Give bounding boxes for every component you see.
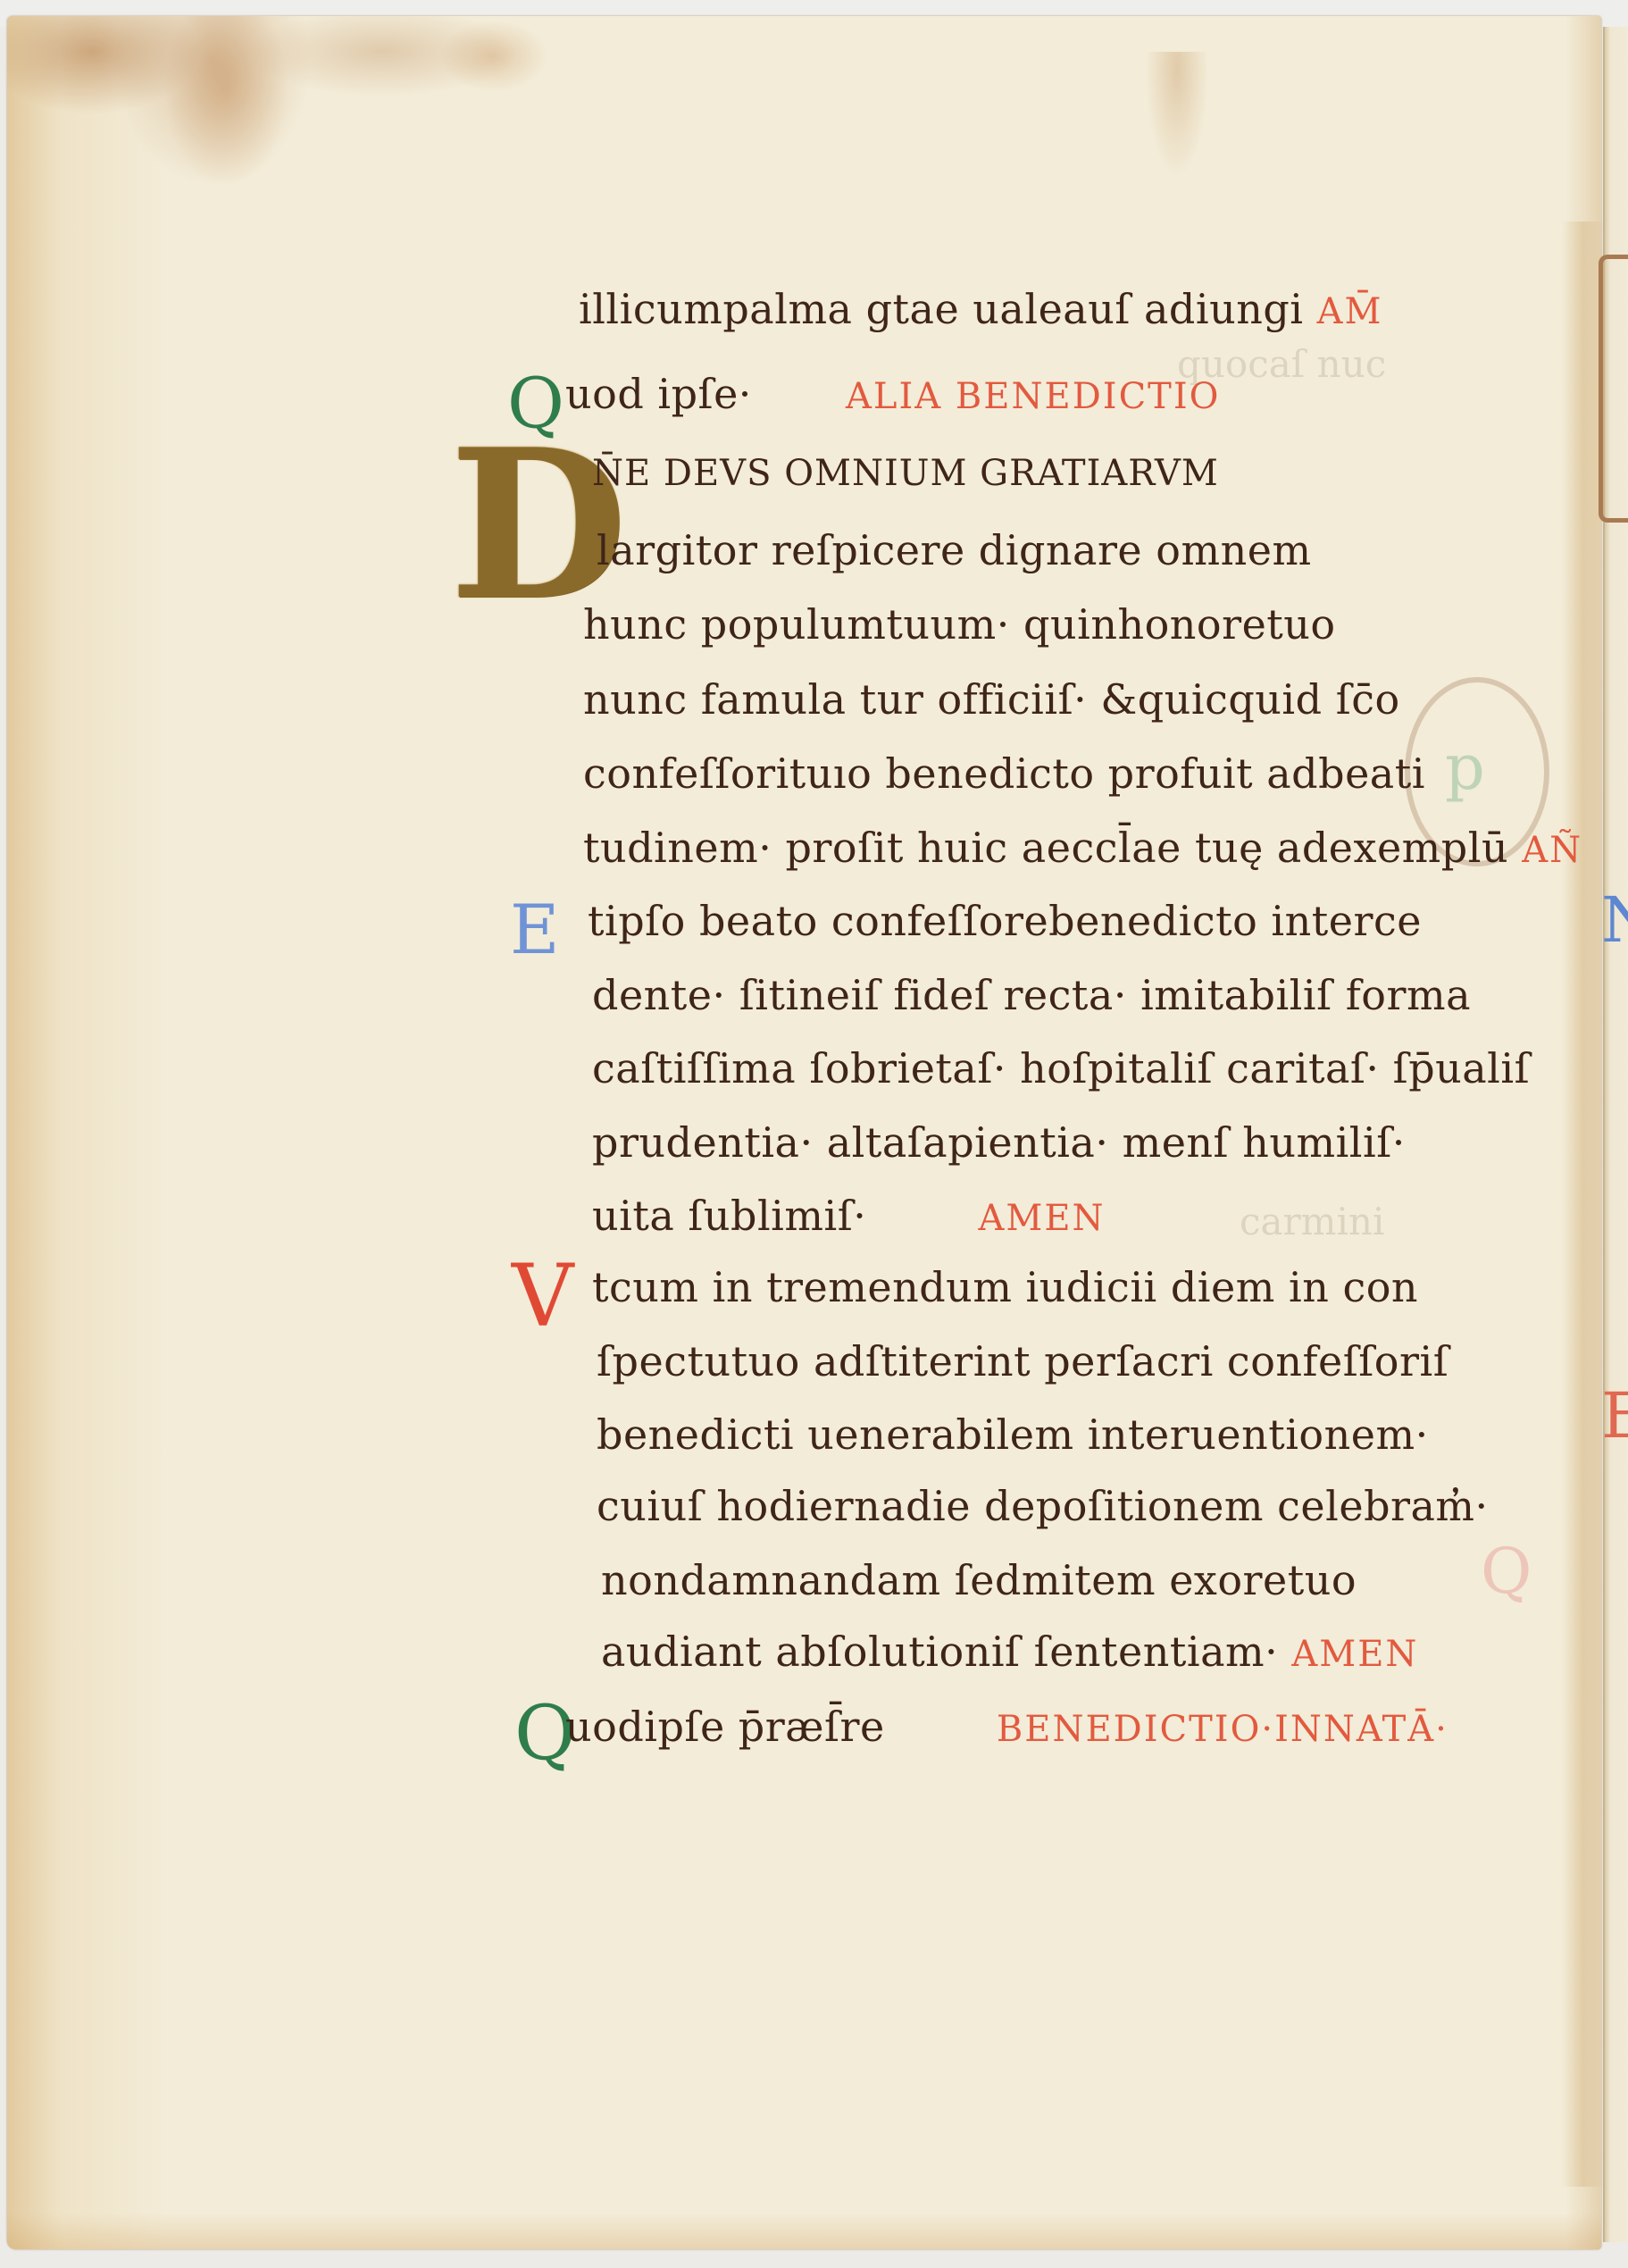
line-text: largitor reſpicere dignare omnem xyxy=(597,526,1312,574)
text-line: prudentia· altaſapientia· menſ humiliſ· xyxy=(592,1122,1406,1163)
line-text: tipſo beato confeſſorebenedicto interce xyxy=(588,897,1422,945)
text-line: confeſſorituıo benedicto profuit adbeati xyxy=(583,753,1425,794)
text-line: caſtiſſima ſobrietaſ· hoſpitaliſ caritaſ… xyxy=(592,1048,1530,1089)
line-text: uodipſe p̄ræſ̄re xyxy=(565,1703,885,1751)
line-text: tcum in tremendum iudicii diem in con xyxy=(592,1263,1418,1311)
text-line: audiant abſolutioniſ ſententiam· AMEN xyxy=(601,1631,1418,1672)
text-line: illicumpalma gtae ualeauſ adiungi AM̄ xyxy=(579,289,1382,330)
initial-e-blue: E xyxy=(510,896,559,964)
line-text: cuiuſ hodiernadie depoſitionem celebram̓… xyxy=(597,1482,1489,1530)
text-line: hunc populumtuum· quinhonoretuo xyxy=(583,604,1336,645)
facing-page-initial-n: N xyxy=(1601,889,1628,951)
rubric-amen: AMEN xyxy=(1291,1634,1418,1675)
line-text: caſtiſſima ſobrietaſ· hoſpitaliſ caritaſ… xyxy=(592,1044,1530,1092)
facing-page-gold-initial xyxy=(1599,255,1628,523)
show-through-red-letter: Q xyxy=(1481,1535,1532,1608)
text-line: largitor reſpicere dignare omnem xyxy=(597,530,1312,571)
rubric-heading: BENEDICTIO·INNATĀ· xyxy=(997,1709,1449,1750)
text-line: uodipſe p̄ræſ̄re BENEDICTIO·INNATĀ· xyxy=(565,1706,1449,1747)
text-line: cuiuſ hodiernadie depoſitionem celebram̓… xyxy=(597,1485,1489,1527)
rubric: AÑ xyxy=(1522,830,1582,871)
line-text: nunc famula tur officiiſ· &quicquid ſc̄o xyxy=(583,675,1400,724)
text-line: tipſo beato confeſſorebenedicto interce xyxy=(588,900,1422,942)
line-text: confeſſorituıo benedicto profuit adbeati xyxy=(583,749,1425,798)
line-text: dente· ſitineiſ fideſ recta· imitabiliſ … xyxy=(592,971,1471,1019)
facing-page-initial-e: E xyxy=(1601,1385,1628,1447)
line-text: uod ipſe· xyxy=(565,370,752,418)
rubric-amen: AMEN xyxy=(979,1198,1106,1239)
line-text: illicumpalma gtae ualeauſ adiungi xyxy=(579,285,1303,333)
show-through-text: carmini xyxy=(1240,1200,1384,1243)
text-line: uita ſublimiſ· AMEN xyxy=(592,1195,1106,1236)
initial-v-red: V xyxy=(512,1253,573,1339)
text-line: dente· ſitineiſ fideſ recta· imitabiliſ … xyxy=(592,975,1471,1016)
text-line: benedicti uenerabilem interuentionem· xyxy=(597,1414,1429,1455)
text-line: N̄E DEVS OMNIUM GRATIARVM xyxy=(592,456,1219,491)
rubric-heading: ALIA BENEDICTIO xyxy=(846,376,1220,417)
text-line: nondamnandam ſedmitem exoretuo xyxy=(601,1560,1357,1601)
text-line: tcum in tremendum iudicii diem in con xyxy=(592,1267,1418,1308)
line-text: ſpectutuo adſtiterint perſacri confeſſor… xyxy=(597,1337,1449,1385)
line-text: audiant abſolutioniſ ſententiam· xyxy=(601,1628,1278,1676)
text-line: nunc famula tur officiiſ· &quicquid ſc̄o xyxy=(583,679,1400,720)
line-text: uita ſublimiſ· xyxy=(592,1192,866,1240)
line-text: hunc populumtuum· quinhonoretuo xyxy=(583,600,1336,649)
text-line: uod ipſe· ALIA BENEDICTIO xyxy=(565,373,1220,414)
line-text: nondamnandam ſedmitem exoretuo xyxy=(601,1556,1357,1604)
line-text: tudinem· proſit huic aeccl̄ae tuę adexem… xyxy=(583,824,1508,872)
line-text: N̄E DEVS OMNIUM GRATIARVM xyxy=(592,453,1219,494)
line-text: benedicti uenerabilem interuentionem· xyxy=(597,1410,1429,1459)
text-line: tudinem· proſit huic aeccl̄ae tuę adexem… xyxy=(583,827,1582,868)
text-line: ſpectutuo adſtiterint perſacri confeſſor… xyxy=(597,1341,1449,1382)
show-through-green-letter: p xyxy=(1445,731,1485,804)
rubric: AM̄ xyxy=(1317,291,1383,332)
line-text: prudentia· altaſapientia· menſ humiliſ· xyxy=(592,1118,1406,1167)
manuscript-leaf: quocaſ nuc p carmini Q Q D E V Q illicum… xyxy=(7,16,1601,2249)
